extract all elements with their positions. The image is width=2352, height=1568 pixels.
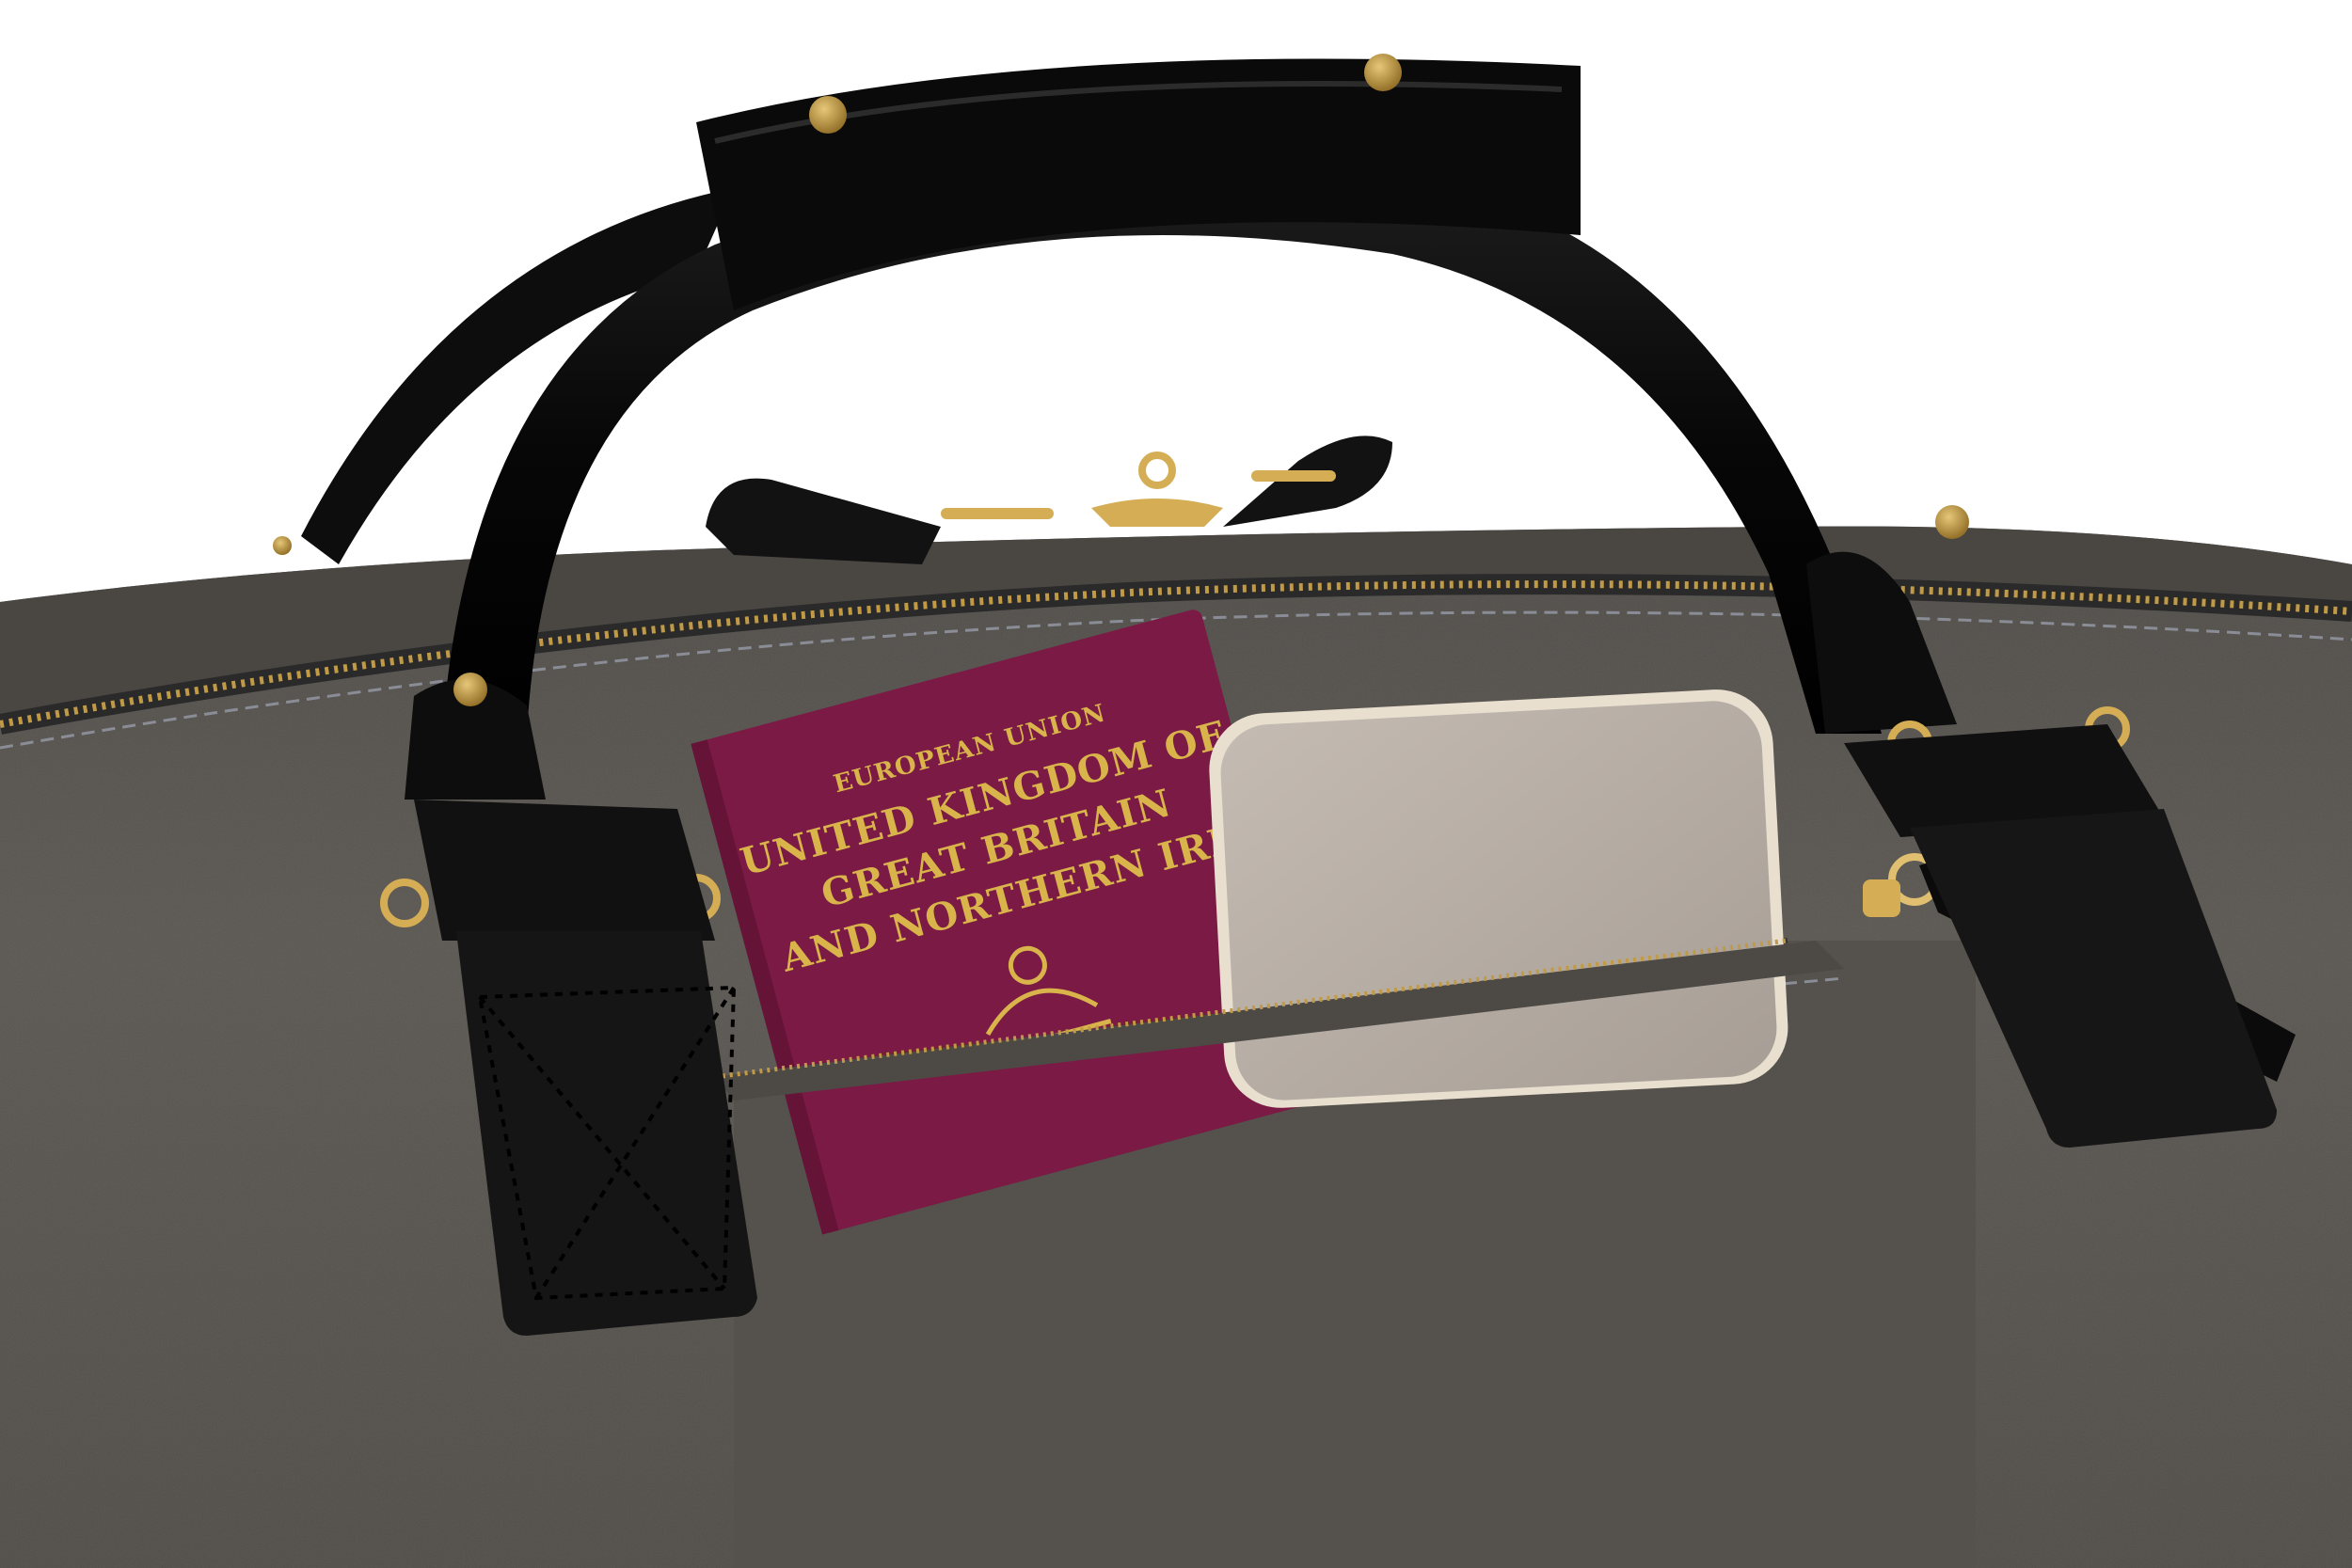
rivet-icon — [809, 96, 847, 134]
product-photo: EUROPEAN UNION UNITED KINGDOM OF GREAT B… — [0, 0, 2352, 1568]
rivet-icon — [1364, 54, 1402, 91]
smartphone — [1206, 687, 1790, 1111]
